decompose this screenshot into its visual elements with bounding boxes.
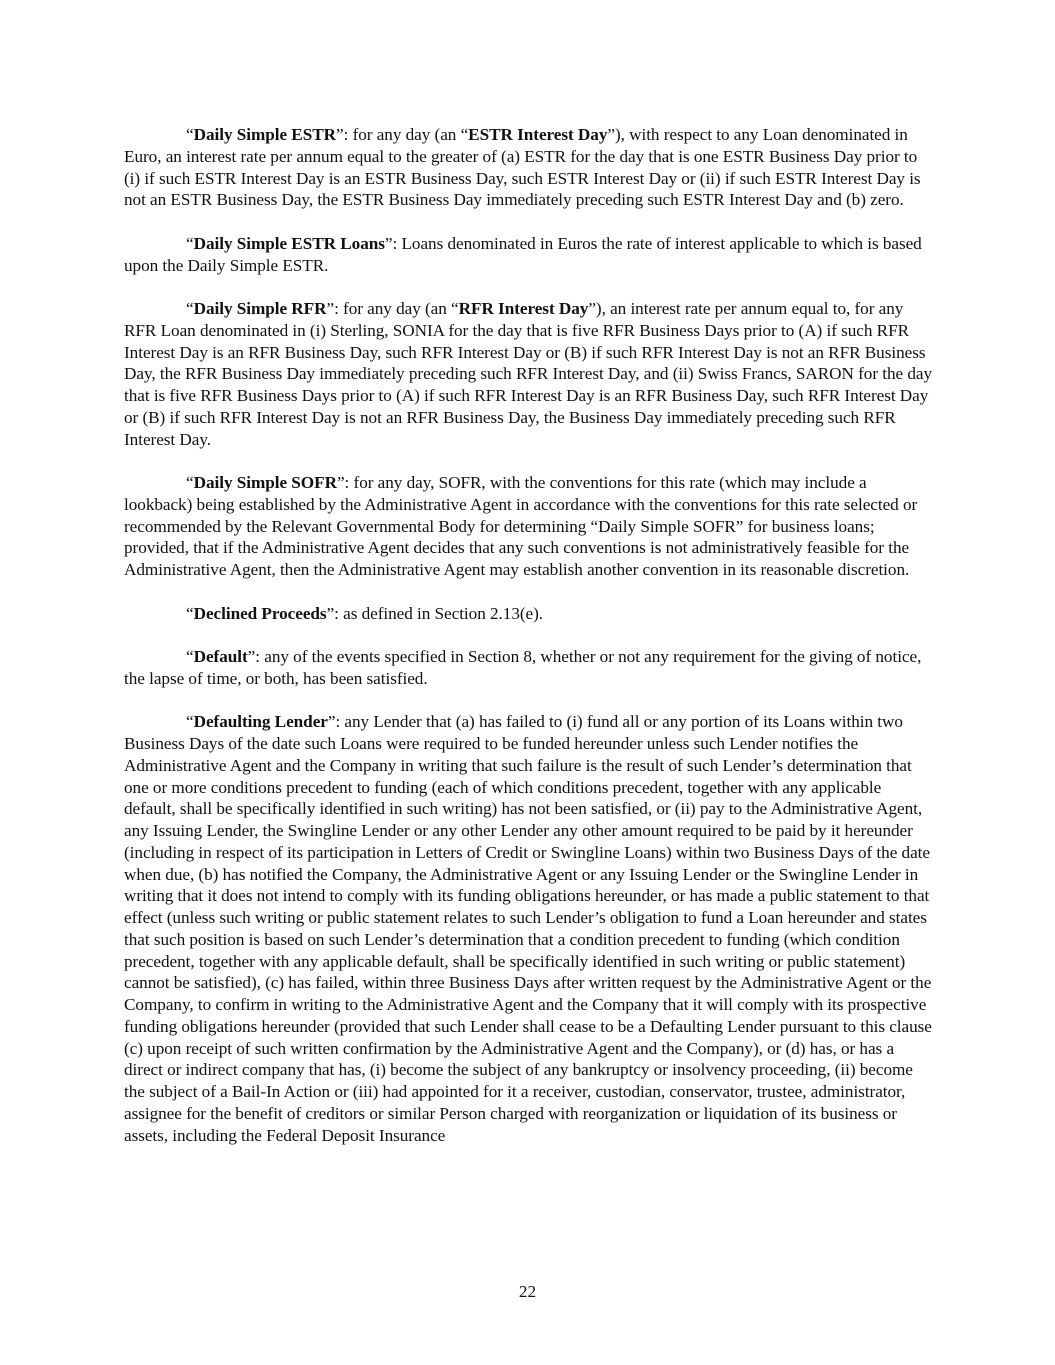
definition-default: “Default”: any of the events specified i… xyxy=(124,646,936,690)
inner-defined-term: ESTR Interest Day xyxy=(468,125,607,144)
term-separator: ”: xyxy=(337,473,354,492)
page-number: 22 xyxy=(0,1281,1055,1303)
defined-term: Daily Simple SOFR xyxy=(194,473,337,492)
inner-defined-term: RFR Interest Day xyxy=(459,299,589,318)
definition-daily-simple-estr-loans: “Daily Simple ESTR Loans”: Loans denomin… xyxy=(124,233,936,277)
open-quote: “ xyxy=(186,299,194,318)
open-quote: “ xyxy=(186,125,194,144)
document-page: “Daily Simple ESTR”: for any day (an “ES… xyxy=(124,124,936,1168)
definition-text: ”), an interest rate per annum equal to,… xyxy=(124,299,932,449)
definition-daily-simple-rfr: “Daily Simple RFR”: for any day (an “RFR… xyxy=(124,298,936,450)
definition-text: for any day (an “ xyxy=(353,125,469,144)
term-separator: ”: xyxy=(248,647,265,666)
defined-term: Default xyxy=(194,647,248,666)
defined-term: Declined Proceeds xyxy=(194,604,327,623)
open-quote: “ xyxy=(186,604,194,623)
defined-term: Daily Simple ESTR xyxy=(194,125,336,144)
term-separator: ”: xyxy=(327,604,344,623)
defined-term: Daily Simple ESTR Loans xyxy=(194,234,385,253)
term-separator: ”: xyxy=(326,299,343,318)
open-quote: “ xyxy=(186,473,194,492)
definition-text: as defined in Section 2.13(e). xyxy=(343,604,543,623)
definition-daily-simple-sofr: “Daily Simple SOFR”: for any day, SOFR, … xyxy=(124,472,936,581)
definition-daily-simple-estr: “Daily Simple ESTR”: for any day (an “ES… xyxy=(124,124,936,211)
term-separator: ”: xyxy=(328,712,345,731)
open-quote: “ xyxy=(186,647,194,666)
defined-term: Defaulting Lender xyxy=(194,712,328,731)
open-quote: “ xyxy=(186,712,194,731)
definition-defaulting-lender: “Defaulting Lender”: any Lender that (a)… xyxy=(124,711,936,1146)
term-separator: ”: xyxy=(336,125,353,144)
definition-text: for any day (an “ xyxy=(343,299,459,318)
defined-term: Daily Simple RFR xyxy=(194,299,327,318)
definition-declined-proceeds: “Declined Proceeds”: as defined in Secti… xyxy=(124,603,936,625)
term-separator: ”: xyxy=(385,234,402,253)
open-quote: “ xyxy=(186,234,194,253)
definition-text: any Lender that (a) has failed to (i) fu… xyxy=(124,712,932,1144)
